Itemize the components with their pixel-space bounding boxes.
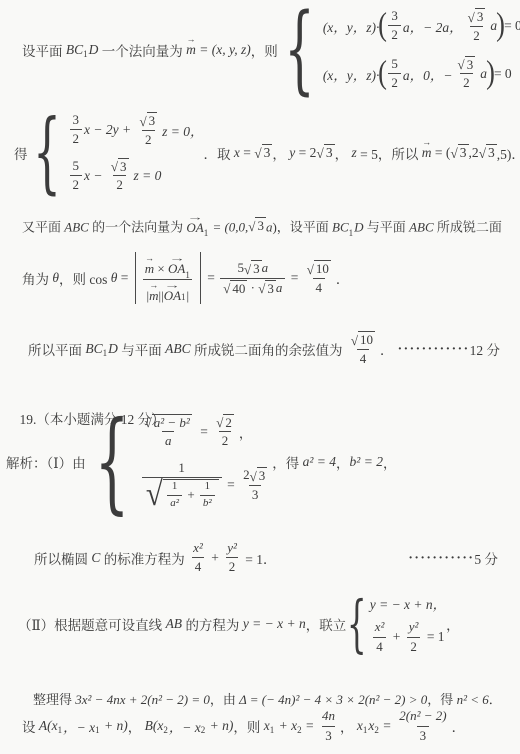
vector-oa1: →OA	[186, 218, 203, 239]
sqrt-content: 3	[265, 280, 276, 297]
text-run: ，则	[251, 40, 278, 60]
fraction: √a² − b² a	[142, 414, 195, 450]
sqrt-icon: √	[479, 147, 486, 161]
dotted-leader: ···········	[408, 550, 474, 566]
fraction-denominator: 3	[322, 726, 335, 744]
equation-row: (x，y，z)· ( 52 a，0，− √32 a ) = 0	[323, 56, 512, 92]
text-run: 设平面	[22, 40, 66, 60]
fraction: 52	[388, 56, 401, 92]
vector-arrow-icon: →	[164, 280, 180, 291]
sqrt-icon: √	[258, 282, 265, 295]
text-run: ，得	[272, 452, 302, 472]
fraction-denominator: 4	[357, 349, 370, 367]
sqrt-content: 3	[465, 56, 476, 73]
vector-oa1: →OA	[168, 261, 185, 277]
fraction-numerator: 1	[202, 480, 214, 495]
equation-row: 32 x − 2y + √32 z = 0，	[68, 112, 204, 148]
paragraph-ellipse-equation-5pts: 所以椭圆 C 的标准方程为 x²4 + y²2 = 1． ···········…	[34, 540, 498, 576]
math-run: D	[108, 341, 118, 357]
sqrt-icon: √	[216, 416, 223, 429]
text-run: 与平面	[364, 220, 410, 235]
text-run: = (	[431, 145, 450, 161]
math-run: ，− x	[63, 716, 95, 736]
text-run: ．	[489, 692, 502, 707]
fraction-numerator: 2(n² − 2)	[396, 708, 449, 725]
sqrt-content: 3	[257, 467, 268, 484]
fraction-denominator: 2	[460, 73, 473, 91]
sqrt-content: 3	[118, 158, 129, 175]
score-label: 12 分	[470, 339, 500, 359]
fraction-denominator: 2	[142, 130, 155, 148]
equation-row: (x，y，z)· ( 32 a，− 2a， √32 a ) = 0	[323, 8, 520, 44]
math-run: a	[262, 260, 269, 276]
text-run: = 1．	[242, 548, 277, 568]
sqrt-radical: √3	[244, 260, 262, 277]
score-label: 5 分	[474, 548, 498, 568]
paragraph-conclusion-12pts: 所以平面 BC 1 D 与平面 ABC 所成锐二面角的余弦值为 √10 4 ． …	[28, 331, 500, 367]
sqrt-icon: √	[351, 334, 358, 347]
text-run: 的方程为	[182, 614, 243, 634]
vector-arrow-icon: →	[149, 280, 158, 291]
text-run: =	[204, 270, 218, 286]
fraction-numerator: √2	[213, 414, 237, 432]
subscript: 2	[163, 725, 168, 735]
score-group: ···········5 分	[408, 548, 498, 568]
text-run: ，	[272, 143, 289, 163]
sqrt-content: 10	[314, 260, 331, 277]
text-run: = 0	[494, 66, 512, 82]
text-run: 的标准方程为	[100, 548, 188, 568]
fraction-numerator: √3	[465, 8, 489, 26]
sqrt-icon: √	[146, 481, 163, 508]
paragraph-normal-vector-setup: 设平面 BC 1 D 一个法向量为 →m = (x, y, z) ，则 { (x…	[22, 8, 520, 92]
system-rows: (x，y，z)· ( 32 a，− 2a， √32 a ) = 0 (x，y，z…	[323, 8, 520, 92]
text-run: =	[240, 145, 254, 161]
text-run: ，	[239, 422, 253, 442]
math-run: ABC	[165, 341, 191, 357]
sqrt-icon: √	[248, 220, 255, 233]
text-run: ，	[335, 143, 352, 163]
text-run: 所成锐二面角的余弦值为	[191, 339, 346, 359]
subscript: 1	[58, 725, 63, 735]
sqrt-radical: √40	[223, 280, 247, 297]
math-run: A(x	[39, 718, 58, 734]
text-run: ，联立	[306, 614, 347, 634]
fraction: y²2	[224, 540, 240, 576]
math-run: BC	[85, 341, 102, 357]
text-run: +	[184, 487, 198, 503]
text-run: = 5，所以	[357, 143, 422, 163]
fraction: √32	[465, 8, 489, 44]
sqrt-icon: √	[223, 282, 230, 295]
fraction: 1b²	[200, 480, 215, 511]
fraction: √32	[136, 112, 160, 148]
text-run: =	[287, 270, 301, 286]
fraction: √32	[455, 56, 479, 92]
fraction-numerator: 5	[388, 56, 401, 73]
vector-arrow-icon: →	[145, 253, 154, 264]
abs-bar: |	[187, 288, 190, 304]
big-right-paren: )	[496, 11, 505, 41]
math-run: x −	[84, 168, 106, 184]
fraction-denominator: 4	[313, 278, 326, 296]
math-run: + n)	[206, 718, 233, 734]
math-run: a² = 4	[303, 454, 336, 470]
vector-arrow-icon: →	[422, 137, 431, 147]
text-run: ，	[336, 452, 350, 472]
sqrt-icon: √	[139, 115, 146, 128]
subscript: 1	[204, 228, 209, 238]
text-run: ，	[128, 716, 145, 736]
text-run: +	[389, 629, 403, 645]
fraction-denominator: 2	[113, 175, 126, 193]
sqrt-content: 3	[255, 217, 266, 234]
fraction-numerator: √3	[108, 158, 132, 176]
sqrt-content: 3	[147, 112, 158, 129]
text-run: ．	[336, 268, 350, 288]
math-run: C	[91, 550, 100, 566]
text-run: =	[380, 718, 394, 734]
fraction-denominator: 2	[388, 25, 401, 43]
sqrt-content: 2	[223, 414, 234, 431]
fraction: 32	[70, 112, 83, 148]
fraction-numerator: √10	[304, 260, 334, 278]
sqrt-radical: √2	[216, 414, 234, 431]
fraction: x²4	[190, 540, 206, 576]
equation-row: x²4 + y²2 = 1	[370, 619, 445, 655]
math-run: + n)	[101, 718, 128, 734]
math-run: + x	[275, 718, 297, 734]
text-run: =	[303, 718, 317, 734]
math-run: θ	[111, 270, 118, 286]
paragraph-solve-system: 得 { 32 x − 2y + √32 z = 0， 52 x − √32 z …	[14, 112, 520, 194]
math-run: D	[354, 220, 363, 235]
sqrt-radical: √a² − b²	[145, 414, 192, 431]
sqrt-content: 3	[458, 144, 469, 161]
text-run: 所以椭圆	[34, 548, 91, 568]
fraction: √10 4	[348, 331, 378, 367]
math-run: y = − x + n	[243, 616, 306, 632]
math-run: x − 2y +	[84, 122, 134, 138]
subscript: 2	[201, 725, 206, 735]
fraction-numerator: √a² − b²	[142, 414, 195, 432]
fraction: 2√3 3	[240, 467, 270, 503]
math-run: m	[186, 42, 196, 57]
sqrt-radical: √3	[316, 144, 334, 161]
system-rows: y = − x + n， x²4 + y²2 = 1	[370, 593, 446, 655]
fraction-numerator: 5	[70, 158, 83, 175]
fraction: √32	[108, 158, 132, 194]
sqrt-icon: √	[244, 263, 251, 276]
text-run: ,5)．	[497, 143, 520, 163]
math-run: z = 0	[134, 168, 162, 184]
sqrt-content: 40	[230, 280, 247, 297]
vector-m: →m	[145, 261, 154, 277]
equation-system: { (x，y，z)· ( 32 a，− 2a， √32 a ) = 0 (x，y…	[278, 8, 520, 92]
paragraph-part1-system: 解析：（Ⅰ）由 { √a² − b² a = √2 2 ，	[6, 404, 396, 520]
text-run: 设	[22, 716, 39, 736]
fraction-numerator: y²	[406, 619, 422, 636]
fraction: 4n3	[319, 708, 338, 744]
text-run: ，则	[233, 716, 263, 736]
sqrt-icon: √	[458, 58, 465, 71]
text-run: 又平面	[22, 220, 64, 235]
fraction-numerator: 4n	[319, 708, 338, 725]
text-run: =	[224, 477, 238, 493]
score-group: ············12 分	[398, 339, 500, 359]
fraction: √2 2	[213, 414, 237, 450]
text-run: = 1	[423, 629, 444, 645]
equation-row: 52 x − √32 z = 0	[68, 158, 162, 194]
fraction-numerator: √3	[136, 112, 160, 130]
text-run: 所成锐二面	[434, 220, 502, 235]
math-run: b² = 2	[350, 454, 383, 470]
sqrt-radical: √10	[351, 331, 375, 348]
text-run: ．取	[203, 143, 233, 163]
left-brace: {	[33, 115, 61, 190]
sqrt-icon: √	[254, 147, 261, 161]
sqrt-content: 10	[358, 331, 375, 348]
text-run: ，	[340, 716, 357, 736]
sqrt-icon: √	[145, 416, 152, 429]
paragraph-part2-line-ab: （Ⅱ）根据题意可设直线 AB 的方程为 y = − x + n ，联立 { y …	[18, 590, 512, 658]
sqrt-content: 3	[475, 8, 486, 25]
fraction-numerator: 3	[388, 8, 401, 25]
math-run: (x，y，z)·	[323, 64, 380, 84]
fraction-denominator: 2	[388, 73, 401, 91]
sqrt-radical: √3	[250, 467, 268, 484]
math-run: ABC	[409, 220, 434, 235]
fraction: √10 4	[304, 260, 334, 296]
text-run: ．	[380, 339, 394, 359]
big-left-paren: (	[379, 59, 388, 89]
subscript: 1	[103, 348, 108, 358]
fraction-denominator: 4	[192, 557, 205, 575]
text-run: ×	[154, 261, 168, 277]
math-run: z = 0，	[162, 120, 203, 140]
text-run: ·	[247, 280, 258, 296]
text-run: +	[208, 550, 222, 566]
sqrt-radical: √3	[248, 217, 266, 234]
paragraph-cos-theta: 角为 θ ，则 cos θ = →m × →OA1 |→m||→OA1| = 5…	[22, 246, 349, 310]
subscript: 2	[297, 725, 302, 735]
subscript: 1	[349, 228, 354, 238]
equation-system: { y = − x + n， x²4 + y²2 = 1	[346, 593, 446, 655]
sqrt-content: 3	[262, 144, 273, 161]
vector-m: →m	[422, 145, 432, 161]
sqrt-icon: √	[111, 160, 118, 173]
left-brace: {	[94, 415, 129, 509]
fraction: y²2	[406, 619, 422, 655]
text-run: ，	[383, 452, 397, 472]
text-run: 一个法向量为	[98, 40, 186, 60]
fraction-numerator: x²	[372, 619, 388, 636]
math-run: ，− x	[169, 716, 201, 736]
fraction: →m × →OA1 |→m||→OA1|	[142, 252, 194, 304]
fraction-numerator: y²	[224, 540, 240, 557]
fraction-denominator: 2	[470, 26, 483, 44]
left-brace: {	[347, 598, 367, 651]
equation-row: √a² − b² a = √2 2 ，	[140, 414, 253, 450]
vector-m: →m	[186, 42, 196, 58]
text-run: ，则 cos	[59, 268, 111, 288]
sqrt-icon: √	[450, 147, 457, 161]
fraction-numerator: x²	[190, 540, 206, 557]
scanned-math-solution-page: 设平面 BC 1 D 一个法向量为 →m = (x, y, z) ，则 { (x…	[0, 0, 520, 754]
text-run: （Ⅱ）根据题意可设直线	[18, 614, 166, 634]
math-run: BC	[332, 220, 349, 235]
sqrt-icon: √	[250, 470, 257, 483]
text-run: 得	[14, 143, 28, 163]
fraction-denominator: √1a² + 1b²	[142, 477, 222, 511]
fraction-denominator: 2	[407, 637, 420, 655]
math-run: (x，y，z)·	[323, 16, 380, 36]
sqrt-radical: √3	[258, 280, 276, 297]
fraction: 52	[70, 158, 83, 194]
vector-m: →m	[149, 288, 158, 304]
math-run: = (0,0,	[209, 220, 248, 235]
sqrt-radical: √10	[307, 260, 331, 277]
fraction: 32	[388, 8, 401, 44]
subscript: 2	[374, 725, 379, 735]
math-run: B(x	[145, 718, 164, 734]
system-rows: 32 x − 2y + √32 z = 0， 52 x − √32 z = 0	[68, 112, 204, 194]
sqrt-content: 3	[486, 144, 497, 161]
paragraph-vieta: 设 A(x1，− x1 + n) ， B(x2，− x2 + n) ，则 x1 …	[22, 702, 465, 750]
sqrt-content: 1a² + 1b²	[163, 479, 218, 511]
fraction-denominator: 4	[373, 637, 386, 655]
fraction-numerator: 1	[175, 460, 188, 477]
left-brace: {	[284, 9, 315, 91]
text-run: 的一个法向量为	[89, 220, 187, 235]
dotted-leader: ············	[398, 341, 470, 357]
math-run: = (x, y, z)	[196, 42, 251, 58]
equation-system: { 32 x − 2y + √32 z = 0， 52 x − √32 z = …	[28, 112, 204, 194]
text-run: = 2	[295, 145, 316, 161]
text-run: ，	[446, 614, 460, 634]
sqrt-radical: √3	[139, 112, 157, 129]
subscript: 1	[95, 725, 100, 735]
fraction-numerator: √3	[455, 56, 479, 74]
sqrt-content: 3	[324, 144, 335, 161]
vector-arrow-icon: →	[187, 210, 203, 224]
fraction-denominator: a²	[167, 495, 182, 511]
subscript: 1	[363, 725, 368, 735]
fraction-numerator: 2√3	[240, 467, 270, 485]
text-run: ,2	[469, 145, 479, 161]
equation-system: { √a² − b² a = √2 2 ， 1	[86, 414, 273, 511]
fraction-numerator: 5√3a	[234, 260, 271, 278]
text-run: = 0	[504, 18, 520, 34]
text-run: 解析：（Ⅰ）由	[6, 452, 86, 472]
subscript: 1	[270, 725, 275, 735]
fraction-denominator: 2	[70, 129, 83, 147]
sqrt-icon: √	[468, 11, 475, 24]
text-run: ．	[452, 716, 466, 736]
fraction: 1 √1a² + 1b²	[142, 460, 222, 511]
fraction-denominator: 2	[70, 175, 83, 193]
math-run: a	[276, 280, 283, 296]
equation-row: 1 √1a² + 1b² = 2√3 3	[140, 460, 273, 511]
fraction: x²4	[372, 619, 388, 655]
sqrt-radical: √3	[111, 158, 129, 175]
sqrt-icon: √	[316, 147, 323, 161]
math-run: a，0，−	[403, 64, 453, 84]
math-run: BC	[66, 42, 83, 58]
text-run: )，设平面	[272, 220, 332, 235]
paragraph-plane-abc-normal: 又平面 ABC 的一个法向量为 →OA1 = (0,0,√3a)，设平面 BC1…	[22, 217, 520, 238]
subscript: 1	[185, 270, 190, 281]
fraction-numerator: 1	[169, 480, 181, 495]
fraction-numerator: →m × →OA1	[142, 252, 194, 278]
subscript: 1	[181, 292, 186, 303]
fraction-denominator: √40 · √3a	[220, 278, 285, 297]
system-rows: √a² − b² a = √2 2 ， 1 √1a² + 1b² =	[140, 414, 273, 511]
text-run: 所以平面	[28, 339, 85, 359]
vector-arrow-icon: →	[169, 253, 185, 264]
equation-row: y = − x + n，	[370, 593, 446, 613]
fraction-denominator: 2	[226, 557, 239, 575]
fraction: 2(n² − 2)3	[396, 708, 449, 744]
vector-oa1: →OA	[164, 288, 181, 304]
math-run: ABC	[64, 220, 89, 235]
math-run: θ	[52, 270, 59, 286]
sqrt-radical: √3	[468, 8, 486, 25]
sqrt-content: a² − b²	[152, 414, 192, 431]
math-run: m	[422, 145, 432, 160]
sqrt-radical: √3	[458, 56, 476, 73]
fraction-numerator: √10	[348, 331, 378, 349]
sqrt-radical: √3	[479, 144, 497, 161]
fraction: 1a²	[167, 480, 182, 511]
text-run: =	[117, 270, 131, 286]
big-right-paren: )	[486, 59, 495, 89]
fraction-denominator: 3	[249, 485, 262, 503]
text-run: =	[197, 424, 211, 440]
sqrt-icon: √	[307, 263, 314, 276]
fraction-denominator: 2	[219, 431, 232, 449]
big-left-paren: (	[379, 11, 388, 41]
sqrt-radical: √3	[450, 144, 468, 161]
vector-arrow-icon: →	[187, 34, 196, 44]
subscript: 1	[83, 49, 88, 59]
math-run: D	[89, 42, 99, 58]
fraction: 5√3a √40 · √3a	[220, 260, 285, 296]
text-run: 角为	[22, 268, 52, 288]
math-run: a，− 2a，	[403, 16, 463, 36]
fraction-denominator: b²	[200, 495, 215, 511]
fraction-denominator: |→m||→OA1|	[143, 279, 192, 304]
sqrt-content: 3	[251, 260, 262, 277]
fraction-numerator: 3	[70, 112, 83, 129]
sqrt-radical: √3	[254, 144, 272, 161]
absolute-value: →m × →OA1 |→m||→OA1|	[135, 252, 201, 304]
math-run: AB	[166, 616, 183, 632]
text-run: 与平面	[118, 339, 165, 359]
fraction-denominator: 3	[417, 726, 430, 744]
fraction-denominator: a	[162, 431, 175, 449]
sqrt-radical: √1a² + 1b²	[145, 479, 219, 511]
